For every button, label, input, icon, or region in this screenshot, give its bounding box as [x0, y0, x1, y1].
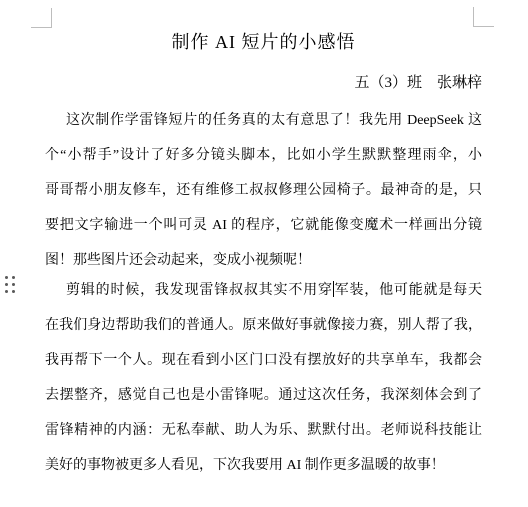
paragraph-2-line-3[interactable]: 我再帮下一个人。现在看到小区门口没有摆放好的共享单车，我都会 [45, 343, 482, 378]
paragraph-2-line-2[interactable]: 在我们身边帮助我们的普通人。原来做好事就像接力赛，别人帮了我， [45, 308, 482, 343]
text-after-cursor: 军装，他可能就是每天 [334, 283, 482, 298]
paragraph-1-line-4[interactable]: 要把文字输进一个叫可灵 AI 的程序，它就能像变魔术一样画出分镜 [45, 208, 482, 243]
page-margin-corner-icon [31, 8, 52, 28]
paragraph-1-line-3[interactable]: 哥哥帮小朋友修车，还有维修工叔叔修理公园椅子。最神奇的是，只 [45, 173, 482, 208]
document-page: 制作 AI 短片的小感悟 五（3）班 张琳梓 这次制作学雷锋短片的任务真的太有意… [0, 0, 528, 507]
paragraph-2-line-1[interactable]: 剪辑的时候，我发现雷锋叔叔其实不用穿军装，他可能就是每天 [45, 273, 482, 308]
text-before-cursor: 剪辑的时候，我发现雷锋叔叔其实不用穿 [66, 283, 333, 298]
document-byline[interactable]: 五（3）班 张琳梓 [45, 69, 482, 97]
drag-handle-dot [5, 283, 8, 286]
drag-handle-dot [12, 290, 15, 293]
paragraph-1-line-1[interactable]: 这次制作学雷锋短片的任务真的太有意思了！我先用 DeepSeek 这 [45, 103, 482, 138]
paragraph-2-line-5[interactable]: 雷锋精神的内涵：无私奉献、助人为乐、默默付出。老师说科技能让 [45, 413, 482, 448]
drag-handle-dot [12, 283, 15, 286]
page-margin-corner-icon [473, 7, 494, 27]
paragraph-2-line-4[interactable]: 去摆整齐，感觉自己也是小雷锋呢。通过这次任务，我深刻体会到了 [45, 378, 482, 413]
paragraph-1[interactable]: 这次制作学雷锋短片的任务真的太有意思了！我先用 DeepSeek 这 个“小帮手… [45, 103, 482, 278]
drag-handle-dots-icon[interactable] [5, 276, 15, 293]
drag-handle-dot [5, 276, 8, 279]
paragraph-2[interactable]: 剪辑的时候，我发现雷锋叔叔其实不用穿军装，他可能就是每天 在我们身边帮助我们的普… [45, 273, 482, 483]
paragraph-1-line-2[interactable]: 个“小帮手”设计了好多分镜头脚本，比如小学生默默整理雨伞，小 [45, 138, 482, 173]
drag-handle-dot [12, 276, 15, 279]
paragraph-2-line-6[interactable]: 美好的事物被更多人看见，下次我要用 AI 制作更多温暖的故事！ [45, 448, 482, 483]
document-content: 制作 AI 短片的小感悟 五（3）班 张琳梓 这次制作学雷锋短片的任务真的太有意… [45, 27, 482, 483]
drag-handle-dot [5, 290, 8, 293]
document-title[interactable]: 制作 AI 短片的小感悟 [45, 27, 482, 57]
